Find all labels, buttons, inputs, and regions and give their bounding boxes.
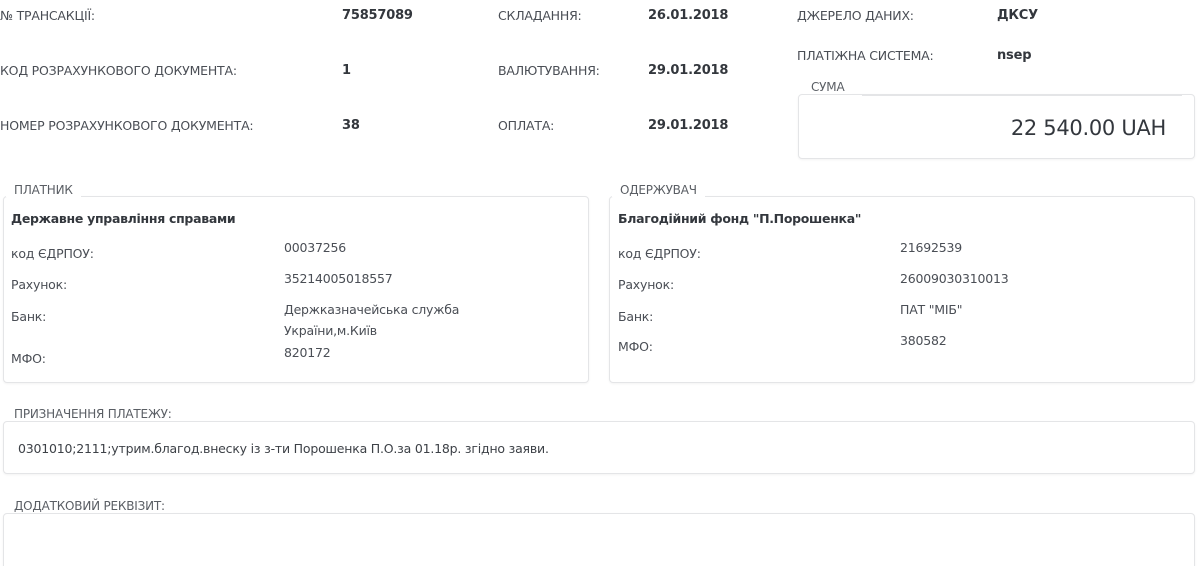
recipient-mfo-value: 380582 — [900, 331, 947, 351]
additional-legend: ДОДАТКОВИЙ РЕКВІЗИТ: — [6, 499, 173, 513]
payment-date-value: 29.01.2018 — [648, 118, 728, 133]
payer-edrpou-label: код ЄДРПОУ: — [11, 246, 94, 261]
document-code-value: 1 — [342, 63, 351, 78]
payer-name: Державне управління справами — [11, 211, 235, 226]
recipient-mfo-label: МФО: — [618, 339, 653, 354]
composed-date-label: СКЛАДАННЯ: — [498, 8, 582, 23]
payer-bank-value-line1: Держказначейська служба — [284, 300, 459, 320]
purpose-legend: ПРИЗНАЧЕННЯ ПЛАТЕЖУ: — [6, 407, 180, 421]
recipient-bank-label: Банк: — [618, 309, 653, 324]
amount-value: 22 540.00 UAH — [1011, 116, 1166, 140]
data-source-value: ДКСУ — [997, 8, 1038, 23]
composed-date-value: 26.01.2018 — [648, 8, 728, 23]
recipient-edrpou-label: код ЄДРПОУ: — [618, 246, 701, 261]
payer-mfo-value: 820172 — [284, 343, 331, 363]
payment-system-value: nsep — [997, 48, 1031, 63]
additional-box — [3, 513, 1195, 566]
transaction-number-value: 75857089 — [342, 8, 413, 23]
payment-system-label: ПЛАТІЖНА СИСТЕМА: — [797, 48, 934, 63]
recipient-name: Благодійний фонд "П.Порошенка" — [618, 211, 861, 226]
payer-legend: ПЛАТНИК — [6, 183, 81, 197]
amount-legend-line — [862, 94, 1182, 96]
recipient-bank-value: ПАТ "МІБ" — [900, 300, 962, 320]
recipient-account-label: Рахунок: — [618, 277, 674, 292]
payment-date-label: ОПЛАТА: — [498, 118, 554, 133]
amount-legend: СУМА — [803, 80, 852, 94]
data-source-label: ДЖЕРЕЛО ДАНИХ: — [797, 8, 914, 23]
value-date-value: 29.01.2018 — [648, 63, 728, 78]
payer-account-label: Рахунок: — [11, 277, 67, 292]
payer-bank-value-line2: України,м.Київ — [284, 321, 377, 341]
payer-bank-label: Банк: — [11, 309, 46, 324]
recipient-edrpou-value: 21692539 — [900, 238, 962, 258]
payer-account-value: 35214005018557 — [284, 269, 393, 289]
document-number-value: 38 — [342, 118, 360, 133]
value-date-label: ВАЛЮТУВАННЯ: — [498, 63, 600, 78]
document-number-label: НОМЕР РОЗРАХУНКОВОГО ДОКУМЕНТА: — [0, 118, 253, 133]
payer-mfo-label: МФО: — [11, 351, 46, 366]
recipient-legend: ОДЕРЖУВАЧ — [612, 183, 705, 197]
payer-edrpou-value: 00037256 — [284, 238, 346, 258]
transaction-number-label: № ТРАНСАКЦІЇ: — [0, 8, 95, 23]
purpose-text: 0301010;2111;утрим.благод.внеску із з-ти… — [18, 441, 549, 456]
document-code-label: КОД РОЗРАХУНКОВОГО ДОКУМЕНТА: — [0, 63, 237, 78]
recipient-account-value: 26009030310013 — [900, 269, 1009, 289]
